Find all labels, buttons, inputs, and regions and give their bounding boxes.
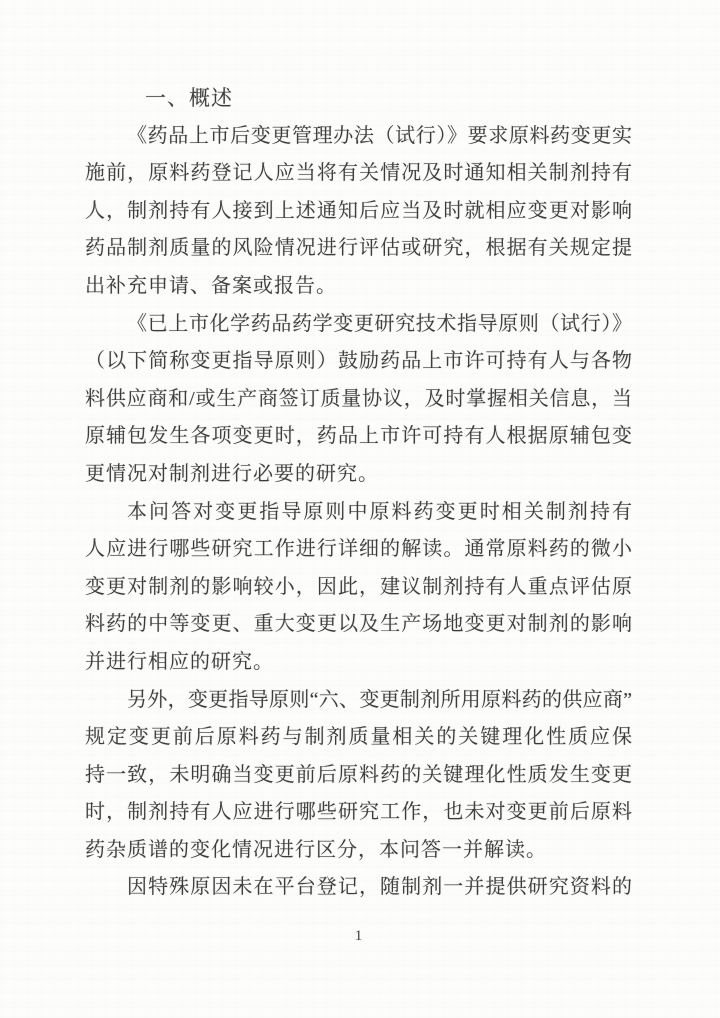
text-line: 《已上市化学药品药学变更研究技术指导原则（试行）》 [85, 306, 632, 344]
text-line: （以下简称变更指导原则）鼓励药品上市许可持有人与各物 [85, 343, 632, 381]
text-line: 另外，变更指导原则“六、变更制剂所用原料药的供应商” [85, 682, 632, 720]
text-line: 时，制剂持有人应进行哪些研究工作，也未对变更前后原料 [85, 794, 632, 832]
text-line: 药品制剂质量的风险情况进行评估或研究，根据有关规定提 [85, 230, 632, 268]
text-line: 料药的中等变更、重大变更以及生产场地变更对制剂的影响 [85, 606, 632, 644]
text-line: 料供应商和/或生产商签订质量协议，及时掌握相关信息，当 [85, 381, 632, 419]
document-page: 一、概述 《药品上市后变更管理办法（试行）》要求原料药变更实 施前，原料药登记人… [0, 0, 720, 1018]
page-number: 1 [85, 924, 632, 948]
text-line: 因特殊原因未在平台登记，随制剂一并提供研究资料的 [85, 869, 632, 907]
text-line: 规定变更前后原料药与制剂质量相关的关键理化性质应保 [85, 719, 632, 757]
document-content: 一、概述 《药品上市后变更管理办法（试行）》要求原料药变更实 施前，原料药登记人… [85, 80, 632, 907]
text-line: 并进行相应的研究。 [85, 644, 632, 682]
text-line: 人应进行哪些研究工作进行详细的解读。通常原料药的微小 [85, 531, 632, 569]
text-line: 《药品上市后变更管理办法（试行）》要求原料药变更实 [85, 118, 632, 156]
text-line: 药杂质谱的变化情况进行区分，本问答一并解读。 [85, 832, 632, 870]
text-line: 人，制剂持有人接到上述通知后应当及时就相应变更对影响 [85, 193, 632, 231]
text-line: 本问答对变更指导原则中原料药变更时相关制剂持有 [85, 494, 632, 532]
section-heading: 一、概述 [85, 80, 632, 118]
text-line: 原辅包发生各项变更时，药品上市许可持有人根据原辅包变 [85, 418, 632, 456]
text-line: 持一致，未明确当变更前后原料药的关键理化性质发生变更 [85, 757, 632, 795]
text-line: 施前，原料药登记人应当将有关情况及时通知相关制剂持有 [85, 155, 632, 193]
text-line: 出补充申请、备案或报告。 [85, 268, 632, 306]
text-line: 变更对制剂的影响较小，因此，建议制剂持有人重点评估原 [85, 569, 632, 607]
text-line: 更情况对制剂进行必要的研究。 [85, 456, 632, 494]
